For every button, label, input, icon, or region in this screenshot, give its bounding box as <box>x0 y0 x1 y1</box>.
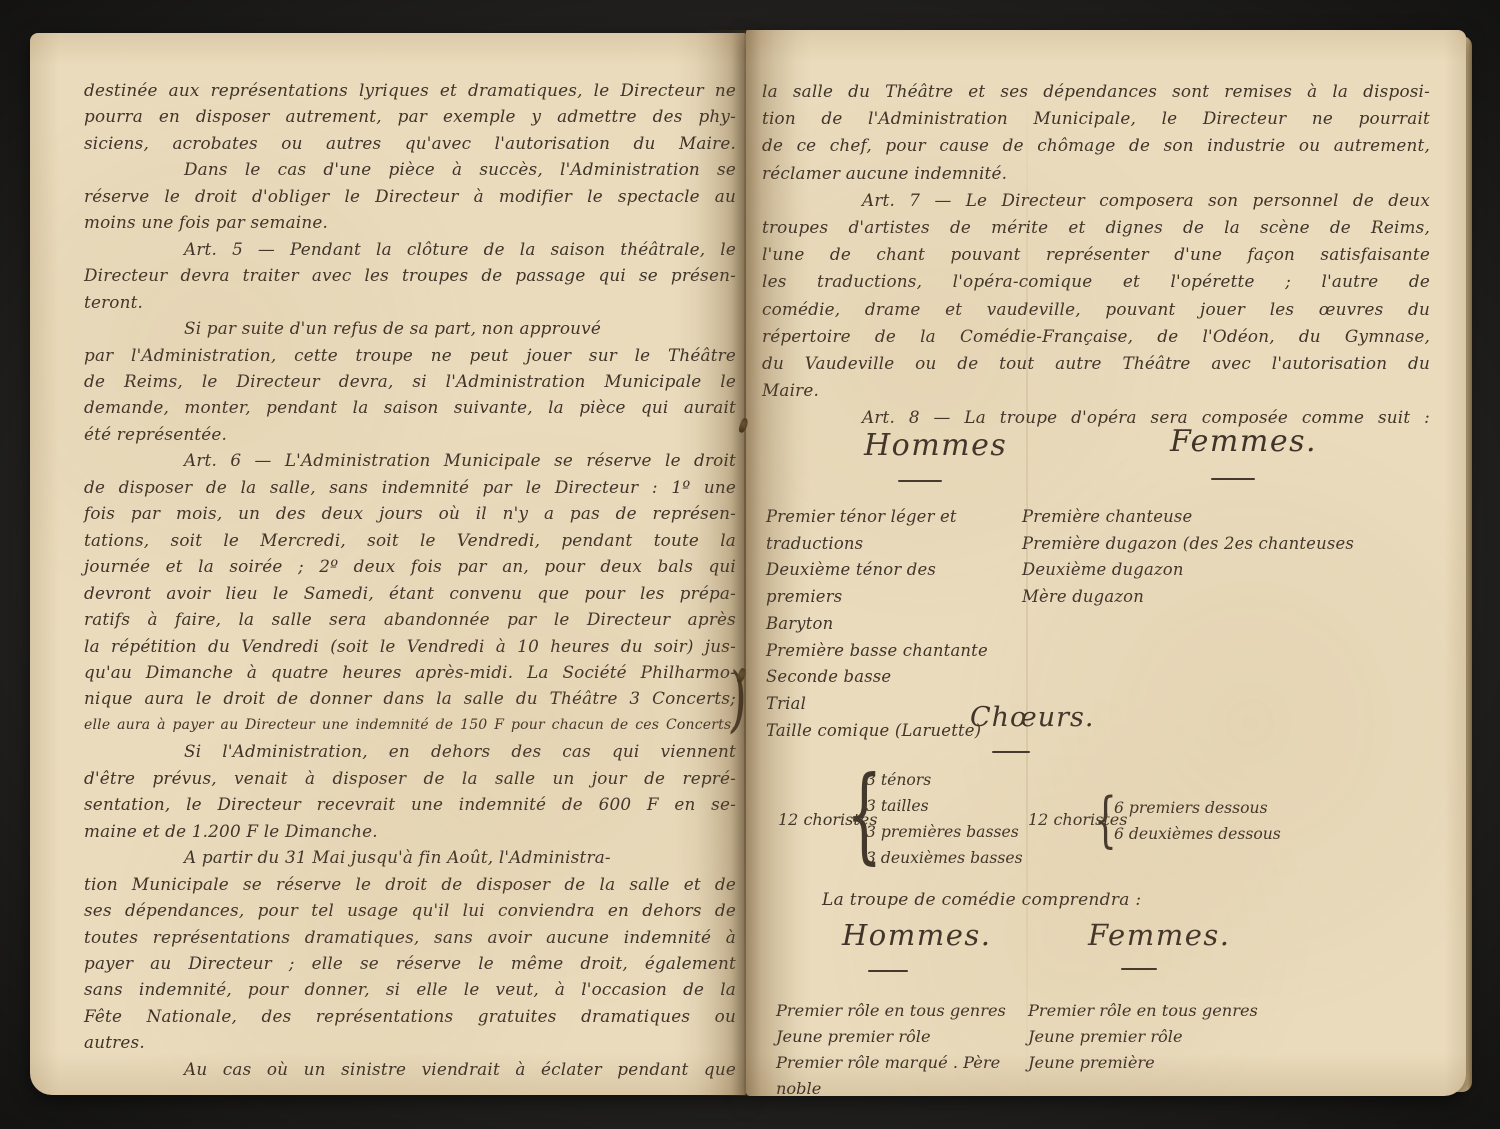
text-line: Premier ténor léger et traductions <box>766 504 1016 557</box>
opera-femmes-underline <box>1211 478 1255 480</box>
text-line: payer au Directeur ; elle se réserve le … <box>84 950 736 976</box>
text-line: 3 tailles <box>866 793 1023 819</box>
text-line: d'être prévus, venait à disposer de la s… <box>84 765 736 791</box>
text-line: tion de l'Administration Municipale, le … <box>762 105 1430 132</box>
text-line: été représentée. <box>84 421 736 447</box>
text-line: 3 deuxièmes basses <box>866 845 1023 871</box>
comedie-hommes-underline <box>868 970 908 972</box>
text-line: la salle du Théâtre et ses dépendances s… <box>762 78 1430 105</box>
opera-hommes-heading: Hommes <box>864 428 1007 463</box>
text-line: Seconde basse <box>766 664 1016 691</box>
text-line: sentation, le Directeur recevrait une in… <box>84 791 736 817</box>
text-line: Si l'Administration, en dehors des cas q… <box>84 738 736 764</box>
text-line: teront. <box>84 289 736 315</box>
text-line: Premier rôle en tous genres <box>776 998 1026 1024</box>
text-line: par l'Administration, cette troupe ne pe… <box>84 342 736 368</box>
text-line: les traductions, l'opéra-comique et l'op… <box>762 268 1430 295</box>
text-line: réserve le droit d'obliger le Directeur … <box>84 183 736 209</box>
text-line: Deuxième dugazon <box>1022 557 1422 584</box>
text-line: 6 deuxièmes dessous <box>1114 821 1281 847</box>
text-line: comédie, drame et vaudeville, pouvant jo… <box>762 296 1430 323</box>
text-line: sans indemnité, pour donner, si elle le … <box>84 976 736 1002</box>
text-line: Première chanteuse <box>1022 504 1422 531</box>
text-line: siciens, acrobates ou autres qu'avec l'a… <box>84 130 736 156</box>
text-line: Première basse chantante <box>766 638 1016 665</box>
text-line: du Vaudeville ou de tout autre Théâtre a… <box>762 350 1430 377</box>
text-line: Mère dugazon <box>1022 584 1422 611</box>
text-line: ratifs à faire, la salle sera abandonnée… <box>84 606 736 632</box>
text-line: journée et la soirée ; 2º deux fois par … <box>84 553 736 579</box>
choeurs-right-items: 6 premiers dessous6 deuxièmes dessous <box>1114 795 1281 847</box>
text-line: elle aura à payer au Directeur une indem… <box>84 712 736 738</box>
comedie-hommes-heading: Hommes. <box>842 918 992 952</box>
choeurs-underline <box>992 751 1030 753</box>
manuscript-right-page: la salle du Théâtre et ses dépendances s… <box>746 30 1466 1096</box>
text-line: 6 premiers dessous <box>1114 795 1281 821</box>
right-page-text: la salle du Théâtre et ses dépendances s… <box>762 78 1430 432</box>
text-line: l'une de chant pouvant représenter d'une… <box>762 241 1430 268</box>
text-line: Premier rôle en tous genres <box>1028 998 1328 1024</box>
text-line: Première dugazon (des 2es chanteuses <box>1022 531 1422 558</box>
text-line: Premier rôle marqué . Père noble <box>776 1050 1026 1102</box>
text-line: devront avoir lieu le Samedi, étant conv… <box>84 580 736 606</box>
text-line: Art. 5 — Pendant la clôture de la saison… <box>84 236 736 262</box>
text-line: pourra en disposer autrement, par exempl… <box>84 103 736 129</box>
manuscript-left-page: destinée aux représentations lyriques et… <box>30 33 746 1095</box>
choeurs-heading: Chœurs. <box>970 702 1094 733</box>
text-line: autres. <box>84 1029 736 1055</box>
text-line: 3 ténors <box>866 767 1023 793</box>
text-line: moins une fois par semaine. <box>84 209 736 235</box>
comedie-femmes-heading: Femmes. <box>1088 918 1230 952</box>
text-line: Baryton <box>766 611 1016 638</box>
text-line: de Reims, le Directeur devra, si l'Admin… <box>84 368 736 394</box>
text-line: Dans le cas d'une pièce à succès, l'Admi… <box>84 156 736 182</box>
text-line: de disposer de la salle, sans indemnité … <box>84 474 736 500</box>
text-line: ses dépendances, pour tel usage qu'il lu… <box>84 897 736 923</box>
text-line: Jeune premier rôle <box>1028 1024 1328 1050</box>
left-page-text: destinée aux représentations lyriques et… <box>84 77 736 1082</box>
text-line: Maire. <box>762 377 1430 404</box>
text-line: Si par suite d'un refus de sa part, non … <box>84 315 736 341</box>
comedie-femmes-list: Premier rôle en tous genresJeune premier… <box>1028 998 1328 1076</box>
comedie-hommes-list: Premier rôle en tous genresJeune premier… <box>776 998 1026 1102</box>
text-line: nique aura le droit de donner dans la sa… <box>84 685 736 711</box>
text-line: Au cas où un sinistre viendrait à éclate… <box>84 1056 736 1082</box>
text-line: Jeune premier rôle <box>776 1024 1026 1050</box>
comedie-intro: La troupe de comédie comprendra : <box>822 890 1141 910</box>
text-line: toutes représentations dramatiques, sans… <box>84 924 736 950</box>
text-line: tations, soit le Mercredi, soit le Vendr… <box>84 527 736 553</box>
text-line: Deuxième ténor des premiers <box>766 557 1016 610</box>
text-line: fois par mois, un des deux jours où il n… <box>84 500 736 526</box>
text-line: de ce chef, pour cause de chômage de son… <box>762 132 1430 159</box>
text-line: qu'au Dimanche à quatre heures après-mid… <box>84 659 736 685</box>
text-line: Fête Nationale, des représentations grat… <box>84 1003 736 1029</box>
text-line: 3 premières basses <box>866 819 1023 845</box>
text-line: Art. 7 — Le Directeur composera son pers… <box>762 187 1430 214</box>
text-line: A partir du 31 Mai jusqu'à fin Août, l'A… <box>84 844 736 870</box>
text-line: répertoire de la Comédie-Française, de l… <box>762 323 1430 350</box>
text-line: maine et de 1.200 F le Dimanche. <box>84 818 736 844</box>
text-line: troupes d'artistes de mérite et dignes d… <box>762 214 1430 241</box>
text-line: demande, monter, pendant la saison suiva… <box>84 394 736 420</box>
text-line: réclamer aucune indemnité. <box>762 160 1430 187</box>
opera-hommes-underline <box>898 480 942 482</box>
text-line: la répétition du Vendredi (soit le Vendr… <box>84 633 736 659</box>
comedie-femmes-underline <box>1121 968 1157 970</box>
text-line: Jeune première <box>1028 1050 1328 1076</box>
choeurs-left-items: 3 ténors3 tailles3 premières basses3 deu… <box>866 767 1023 871</box>
opera-femmes-heading: Femmes. <box>1170 424 1317 459</box>
text-line: Art. 6 — L'Administration Municipale se … <box>84 447 736 473</box>
text-line: destinée aux représentations lyriques et… <box>84 77 736 103</box>
text-line: Art. 8 — La troupe d'opéra sera composée… <box>762 404 1430 431</box>
text-line: Directeur devra traiter avec les troupes… <box>84 262 736 288</box>
opera-femmes-list: Première chanteusePremière dugazon (des … <box>1022 504 1422 611</box>
text-line: tion Municipale se réserve le droit de d… <box>84 871 736 897</box>
